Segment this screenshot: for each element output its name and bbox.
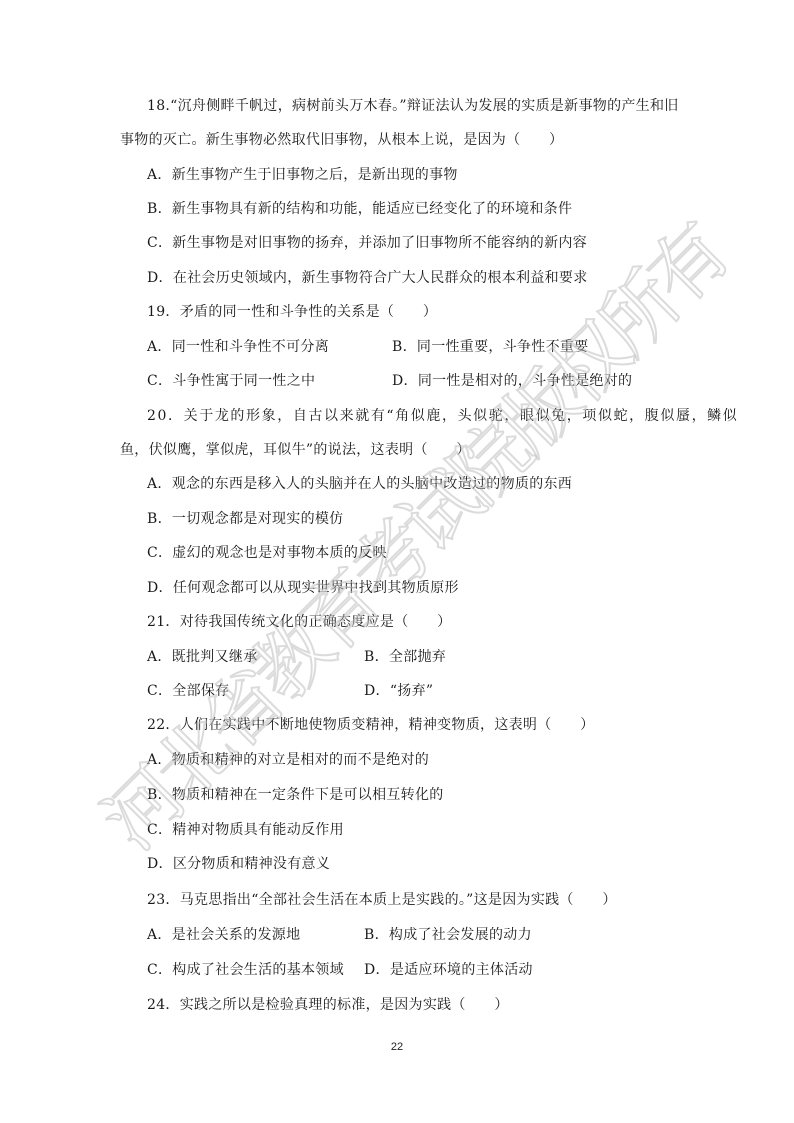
question-18-stem-line1: 18.“沉舟侧畔千帆过，病树前头万木春。”辩证法认为发展的实质是新事物的产生和旧 — [147, 97, 679, 115]
question-21-option-d: D．“扬弃” — [364, 682, 433, 700]
question-20-option-a: A．观念的东西是移入人的头脑并在人的头脑中改造过的物质的东西 — [147, 475, 572, 493]
question-23-stem: 23．马克思指出“全部社会生活在本质上是实践的。”这是因为实践（ ） — [147, 891, 617, 909]
question-20-option-b: B．一切观念都是对现实的模仿 — [147, 510, 344, 528]
question-22-option-d: D．区分物质和精神没有意义 — [147, 855, 330, 873]
question-18-option-c: C．新生事物是对旧事物的扬弃，并添加了旧事物所不能容纳的新内容 — [147, 234, 587, 252]
question-22-option-a: A．物质和精神的对立是相对的而不是绝对的 — [147, 751, 429, 769]
document-page: 18.“沉舟侧畔千帆过，病树前头万木春。”辩证法认为发展的实质是新事物的产生和旧… — [0, 0, 794, 1123]
question-22-option-c: C．精神对物质具有能动反作用 — [147, 821, 344, 839]
question-19-stem: 19．矛盾的同一性和斗争性的关系是（ ） — [147, 303, 437, 321]
page-number: 22 — [0, 1041, 794, 1053]
question-23-option-b: B．构成了社会发展的动力 — [364, 926, 532, 944]
question-24-stem: 24．实践之所以是检验真理的标准，是因为实践（ ） — [147, 996, 509, 1014]
question-22-option-b: B．物质和精神在一定条件下是可以相互转化的 — [147, 786, 444, 804]
question-18-stem-line2: 事物的灭亡。新生事物必然取代旧事物，从根本上说，是因为（ ） — [120, 131, 563, 149]
question-20-option-d: D．任何观念都可以从现实世界中找到其物质原形 — [147, 579, 459, 597]
question-23-option-d: D．是适应环境的主体活动 — [364, 961, 533, 979]
question-18-option-d: D．在社会历史领域内，新生事物符合广大人民群众的根本利益和要求 — [147, 269, 588, 287]
question-21-stem: 21．对待我国传统文化的正确态度应是（ ） — [147, 613, 451, 631]
question-18-option-a: A．新生事物产生于旧事物之后，是新出现的事物 — [147, 166, 458, 184]
question-22-stem: 22．人们在实践中不断地使物质变精神，精神变物质，这表明（ ） — [147, 716, 594, 734]
question-23-option-a: A．是社会关系的发源地 — [147, 926, 300, 944]
question-21-option-a: A．既批判又继承 — [147, 648, 258, 666]
question-20-stem-line2: 鱼，伏似鹰，掌似虎，耳似牛”的说法，这表明（ ） — [120, 441, 471, 459]
question-19-option-b: B．同一性重要，斗争性不重要 — [392, 338, 589, 356]
question-18-option-b: B．新生事物具有新的结构和功能，能适应已经变化了的环境和条件 — [147, 200, 572, 218]
question-23-option-c: C．构成了社会生活的基本领域 — [147, 961, 344, 979]
question-21-option-b: B．全部抛弃 — [364, 648, 446, 666]
question-21-option-c: C．全部保存 — [147, 682, 230, 700]
question-19-option-d: D．同一性是相对的，斗争性是绝对的 — [392, 372, 632, 390]
question-19-option-a: A．同一性和斗争性不可分离 — [147, 338, 329, 356]
question-19-option-c: C．斗争性寓于同一性之中 — [147, 372, 315, 390]
question-20-option-c: C．虚幻的观念也是对事物本质的反映 — [147, 544, 387, 562]
question-20-stem-line1: 20．关于龙的形象，自古以来就有“角似鹿，头似驼，眼似兔，项似蛇，腹似蜃，鳞似 — [147, 407, 738, 425]
